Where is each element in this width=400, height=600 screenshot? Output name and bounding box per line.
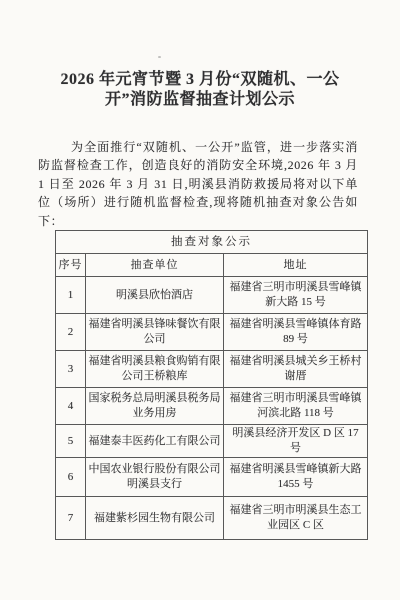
column-header-no: 序号	[56, 254, 86, 277]
cell-address: 福建省明溪县雪峰镇新大路 1455 号	[224, 458, 368, 497]
document-title-line1: 2026 年元宵节暨 3 月份“双随机、一公	[36, 70, 364, 90]
document-title: 2026 年元宵节暨 3 月份“双随机、一公 开”消防监督抽查计划公示	[36, 0, 364, 110]
inspection-table-body: 1 明溪县欣怡酒店 福建省三明市明溪县雪峰镇新大路 15 号 2 福建省明溪县锋…	[56, 277, 368, 540]
table-row: 7 福建紫杉园生物有限公司 福建省三明市明溪县生态工业园区 C 区	[56, 497, 368, 540]
document-title-line2: 开”消防监督抽查计划公示	[36, 90, 364, 110]
cell-inspected-unit: 中国农业银行股份有限公司明溪县支行	[86, 458, 224, 497]
cell-serial-number: 6	[56, 458, 86, 497]
column-header-address: 地址	[224, 254, 368, 277]
intro-paragraph: 为全面推行“双随机、一公开”监管，进一步落实消防监督检查工作，创造良好的消防安全…	[38, 138, 358, 230]
cell-serial-number: 5	[56, 425, 86, 458]
cell-address: 福建省明溪县城关乡王桥村谢厝	[224, 351, 368, 388]
table-row: 1 明溪县欣怡酒店 福建省三明市明溪县雪峰镇新大路 15 号	[56, 277, 368, 314]
cell-address: 福建省三明市明溪县生态工业园区 C 区	[224, 497, 368, 540]
cell-address: 明溪县经济开发区 D 区 17 号	[224, 425, 368, 458]
scanned-document-page: 2026 年元宵节暨 3 月份“双随机、一公 开”消防监督抽查计划公示 为全面推…	[0, 0, 400, 600]
cell-inspected-unit: 福建泰丰医药化工有限公司	[86, 425, 224, 458]
column-header-unit: 抽查单位	[86, 254, 224, 277]
cell-inspected-unit: 福建紫杉园生物有限公司	[86, 497, 224, 540]
table-caption-row: 抽查对象公示	[56, 231, 368, 254]
table-row: 6 中国农业银行股份有限公司明溪县支行 福建省明溪县雪峰镇新大路 1455 号	[56, 458, 368, 497]
table-row: 5 福建泰丰医药化工有限公司 明溪县经济开发区 D 区 17 号	[56, 425, 368, 458]
table-row: 2 福建省明溪县锋味餐饮有限公司 福建省明溪县雪峰镇体育路 89 号	[56, 314, 368, 351]
cell-address: 福建省三明市明溪县雪峰镇新大路 15 号	[224, 277, 368, 314]
cell-serial-number: 1	[56, 277, 86, 314]
cell-inspected-unit: 明溪县欣怡酒店	[86, 277, 224, 314]
cell-inspected-unit: 国家税务总局明溪县税务局业务用房	[86, 388, 224, 425]
cell-serial-number: 2	[56, 314, 86, 351]
table-caption: 抽查对象公示	[56, 231, 368, 254]
cell-serial-number: 4	[56, 388, 86, 425]
table-header-row: 序号 抽查单位 地址	[56, 254, 368, 277]
cell-address: 福建省三明市明溪县雪峰镇河滨北路 118 号	[224, 388, 368, 425]
cell-inspected-unit: 福建省明溪县粮食购销有限公司王桥粮库	[86, 351, 224, 388]
inspection-table: 抽查对象公示 序号 抽查单位 地址 1 明溪县欣怡酒店 福建省三明市明溪县雪峰镇…	[55, 230, 368, 540]
table-row: 4 国家税务总局明溪县税务局业务用房 福建省三明市明溪县雪峰镇河滨北路 118 …	[56, 388, 368, 425]
cell-address: 福建省明溪县雪峰镇体育路 89 号	[224, 314, 368, 351]
cell-serial-number: 7	[56, 497, 86, 540]
cell-inspected-unit: 福建省明溪县锋味餐饮有限公司	[86, 314, 224, 351]
table-row: 3 福建省明溪县粮食购销有限公司王桥粮库 福建省明溪县城关乡王桥村谢厝	[56, 351, 368, 388]
cell-serial-number: 3	[56, 351, 86, 388]
scan-speck	[158, 56, 161, 58]
